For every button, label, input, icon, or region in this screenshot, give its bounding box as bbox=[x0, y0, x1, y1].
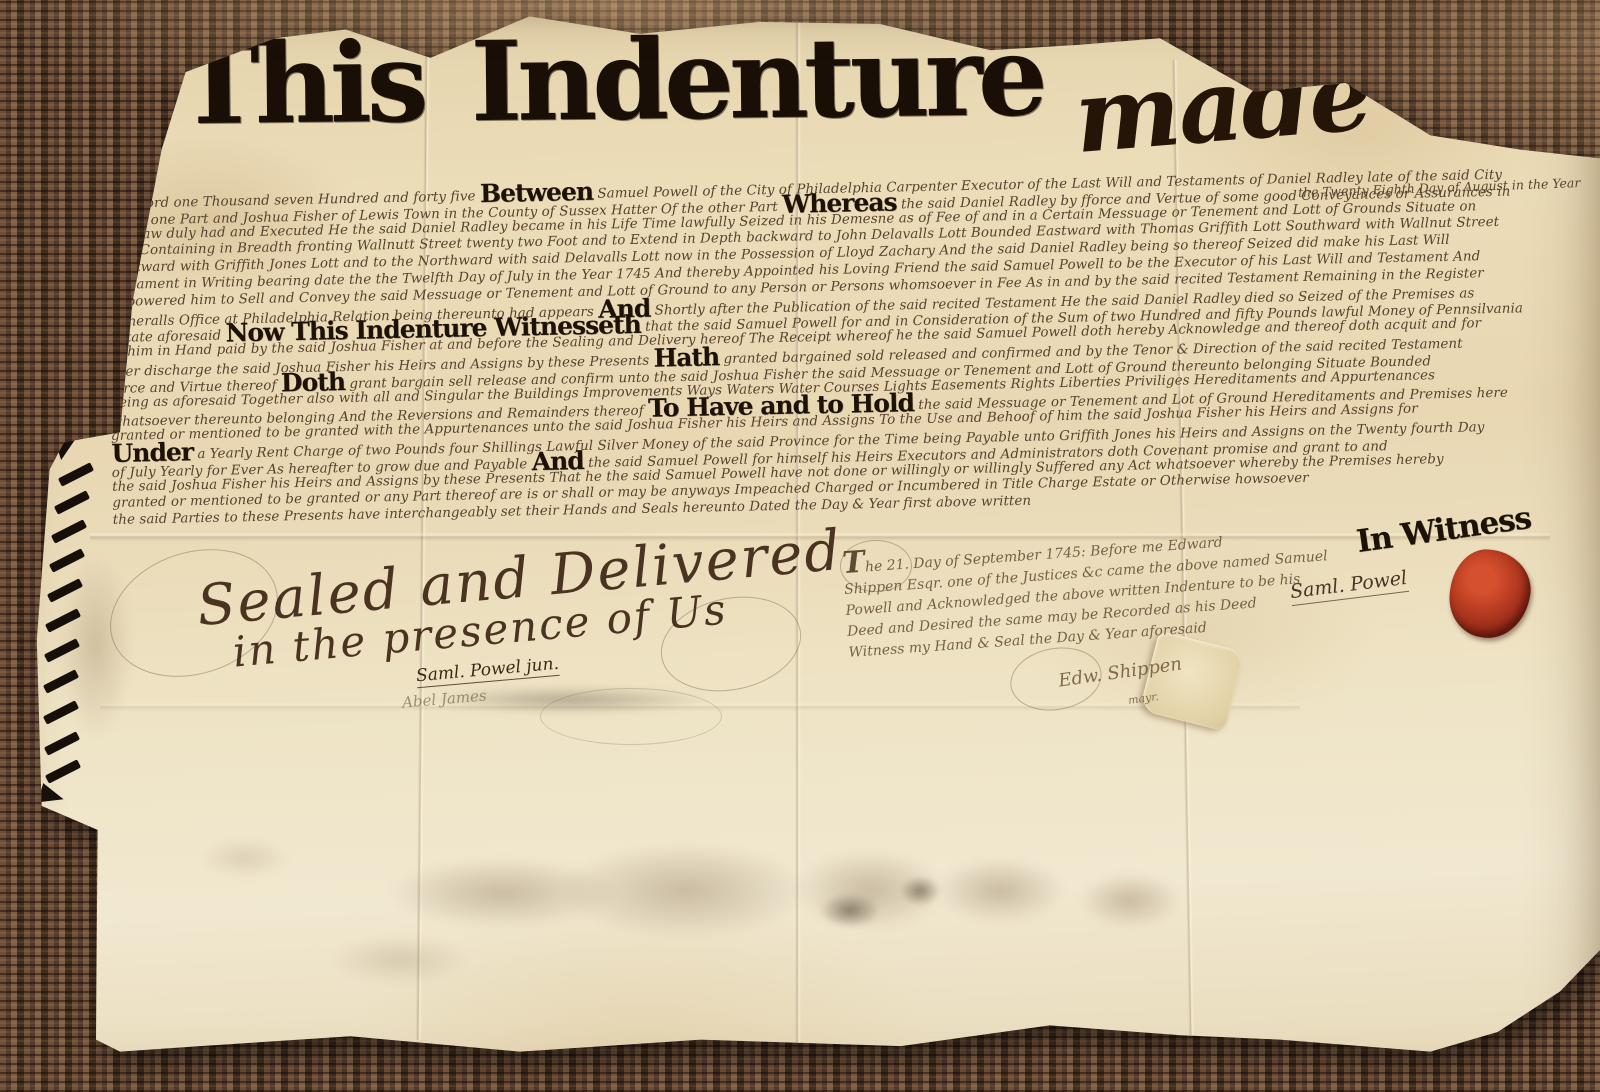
margin-tally-marks bbox=[36, 440, 136, 820]
in-witness-heading: In Witness bbox=[1354, 500, 1533, 560]
ink-bleed-smudge bbox=[560, 843, 810, 938]
tally-arrow-bottom bbox=[38, 783, 67, 809]
tally-mark bbox=[45, 759, 81, 783]
parchment-document: This Indenture made the Twenty Eighth Da… bbox=[0, 0, 1600, 1092]
red-wax-seal bbox=[1444, 545, 1535, 643]
tally-mark bbox=[44, 731, 80, 755]
ink-bleed-smudge bbox=[200, 838, 290, 878]
ink-bleed-smudge bbox=[1080, 873, 1180, 928]
deed-body-text: Our Lord one Thousand seven Hundred and … bbox=[106, 162, 1600, 530]
heading-word-made: made bbox=[1070, 35, 1375, 176]
heading-word-this: This bbox=[177, 18, 424, 150]
parchment-sheet: This Indenture made the Twenty Eighth Da… bbox=[0, 0, 1600, 1092]
tally-mark bbox=[47, 578, 83, 602]
tally-arrow-top bbox=[56, 437, 82, 460]
acknowledgment-block: The 21. Day of September 1745: Before me… bbox=[842, 523, 1279, 664]
heading-word-indenture: Indenture bbox=[470, 11, 1043, 146]
tally-mark bbox=[43, 669, 79, 693]
tally-mark bbox=[54, 490, 90, 514]
tally-mark bbox=[58, 462, 94, 486]
tally-mark bbox=[45, 608, 81, 632]
ink-bleed-smudge bbox=[330, 935, 470, 985]
ink-bleed-smudge bbox=[935, 858, 1065, 923]
tally-mark bbox=[49, 548, 85, 572]
grantor-signature-saml-powel: Saml. Powel bbox=[1289, 567, 1409, 606]
witness-signature-samuel-powel-jun: Saml. Powel jun. bbox=[415, 654, 560, 688]
paper-seal bbox=[1139, 631, 1244, 732]
tally-mark bbox=[43, 700, 79, 724]
dark-ink-spot bbox=[900, 876, 940, 906]
dark-ink-spot bbox=[820, 893, 880, 928]
photograph-of-1745-indenture: This Indenture made the Twenty Eighth Da… bbox=[0, 0, 1600, 1092]
deed-heading: This Indenture made bbox=[177, 8, 1370, 149]
tally-mark bbox=[51, 519, 87, 543]
tally-mark bbox=[44, 638, 80, 662]
